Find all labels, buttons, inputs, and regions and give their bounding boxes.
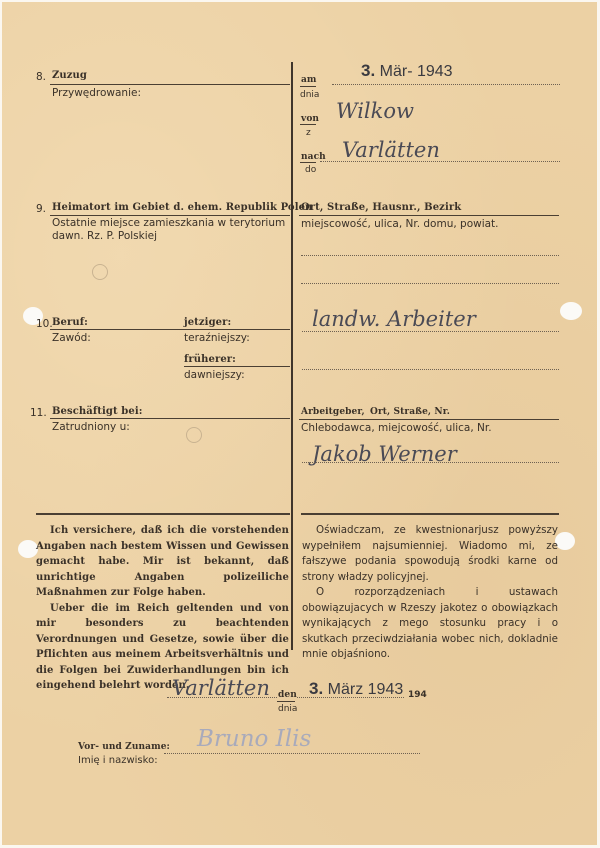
to-field[interactable] [320, 161, 560, 162]
employer-label-pl: Chlebodawca, miejcowość, ulica, Nr. [301, 422, 492, 434]
employer-label-de: Arbeitgeber, [301, 407, 365, 417]
rule [184, 366, 290, 367]
rule [50, 84, 290, 85]
date-day: 3. [309, 679, 323, 698]
section-8-number: 8. [36, 71, 46, 83]
to-value-handwritten[interactable]: Varlätten [342, 138, 440, 162]
rule [277, 701, 295, 702]
section-8-label-pl: Przywędrowanie: [52, 87, 141, 99]
name-label-de: Vor- und Zuname: [78, 742, 170, 752]
ring-mark [186, 427, 202, 443]
name-handwritten[interactable]: Bruno Ilis [197, 726, 311, 752]
date-day: 3. [361, 61, 375, 80]
rule [299, 419, 559, 420]
column-divider [291, 62, 293, 650]
rule [50, 418, 290, 419]
section-11-label-de: Beschäftigt bei: [52, 406, 143, 417]
hometown-field-line-1[interactable] [301, 255, 559, 256]
to-label-pl: do [305, 165, 316, 175]
registration-form-page: 8. Zuzug Przywędrowanie: am dnia 3. Mär-… [2, 2, 597, 845]
ring-mark [92, 264, 108, 280]
rule [300, 124, 316, 125]
from-value-handwritten[interactable]: Wilkow [336, 99, 414, 123]
declaration-german: Ich versichere, daß ich die vorstehenden… [36, 523, 289, 694]
employer-field[interactable] [302, 462, 559, 463]
arrival-date-field[interactable] [332, 84, 560, 85]
section-9-right-label-pl: miejscowość, ulica, Nr. domu, powiat. [301, 218, 499, 230]
hometown-field-line-2[interactable] [301, 283, 559, 284]
date-rest: März 1943 [328, 681, 404, 698]
rule [299, 215, 559, 216]
place-field[interactable] [167, 697, 277, 698]
date-label-de: am [301, 75, 317, 85]
employer-address-label-de: Ort, Straße, Nr. [370, 407, 450, 417]
rule [50, 329, 290, 330]
dnia-label: dnia [278, 704, 297, 714]
section-9-label-pl-2: dawn. Rz. P. Polskiej [52, 230, 157, 242]
year-suffix: 194 [408, 690, 427, 700]
declaration-rule-left [36, 513, 290, 515]
section-9-right-label-de: Ort, Straße, Hausnr., Bezirk [301, 202, 461, 213]
rule [300, 162, 316, 163]
from-label-pl: z [306, 128, 311, 138]
current-occupation-label-de: jetziger: [184, 317, 231, 328]
declaration-german-p1: Ich versichere, daß ich die vorstehenden… [36, 523, 289, 601]
current-occupation-handwritten[interactable]: landw. Arbeiter [312, 307, 476, 331]
former-occupation-label-pl: dawniejszy: [184, 369, 245, 381]
from-label-de: von [301, 114, 319, 124]
current-occupation-field[interactable] [302, 331, 559, 332]
name-label-pl: Imię i nazwisko: [78, 755, 158, 766]
declaration-polish-p1: Oświadczam, ze kwestnionarjusz powyższy … [302, 523, 558, 585]
arrival-date-stamp: 3. Mär- 1943 [361, 61, 453, 81]
rule [300, 86, 316, 87]
name-field[interactable] [164, 753, 420, 754]
section-11-number: 11. [30, 407, 47, 419]
section-10-label-de: Beruf: [52, 317, 88, 328]
declaration-rule-right [301, 513, 559, 515]
former-occupation-field[interactable] [302, 369, 559, 370]
signature-date-stamp: 3. März 1943 [309, 679, 403, 699]
section-10-label-pl: Zawód: [52, 332, 91, 344]
section-8-label-de: Zuzug [52, 70, 87, 81]
punch-hole-right-upper [560, 302, 582, 320]
signature-date-field[interactable] [297, 697, 404, 698]
section-9-number: 9. [36, 203, 46, 215]
section-9-label-de: Heimatort im Gebiet d. ehem. Republik Po… [52, 202, 312, 213]
rule [50, 215, 290, 216]
punch-hole-right-lower [555, 532, 575, 550]
declaration-polish: Oświadczam, ze kwestnionarjusz powyższy … [302, 523, 558, 663]
section-9-label-pl-1: Ostatnie miejsce zamieszkania w terytori… [52, 217, 285, 229]
den-label: den [278, 690, 297, 700]
punch-hole-left-lower [18, 540, 38, 558]
current-occupation-label-pl: teraźniejszy: [184, 332, 250, 344]
section-11-label-pl: Zatrudniony u: [52, 421, 130, 433]
date-rest: Mär- 1943 [380, 63, 453, 80]
date-label-pl: dnia [300, 90, 319, 100]
declaration-polish-p2: O rozporządzeniach i ustawach obowiązuja… [302, 585, 558, 663]
former-occupation-label-de: früherer: [184, 354, 236, 365]
